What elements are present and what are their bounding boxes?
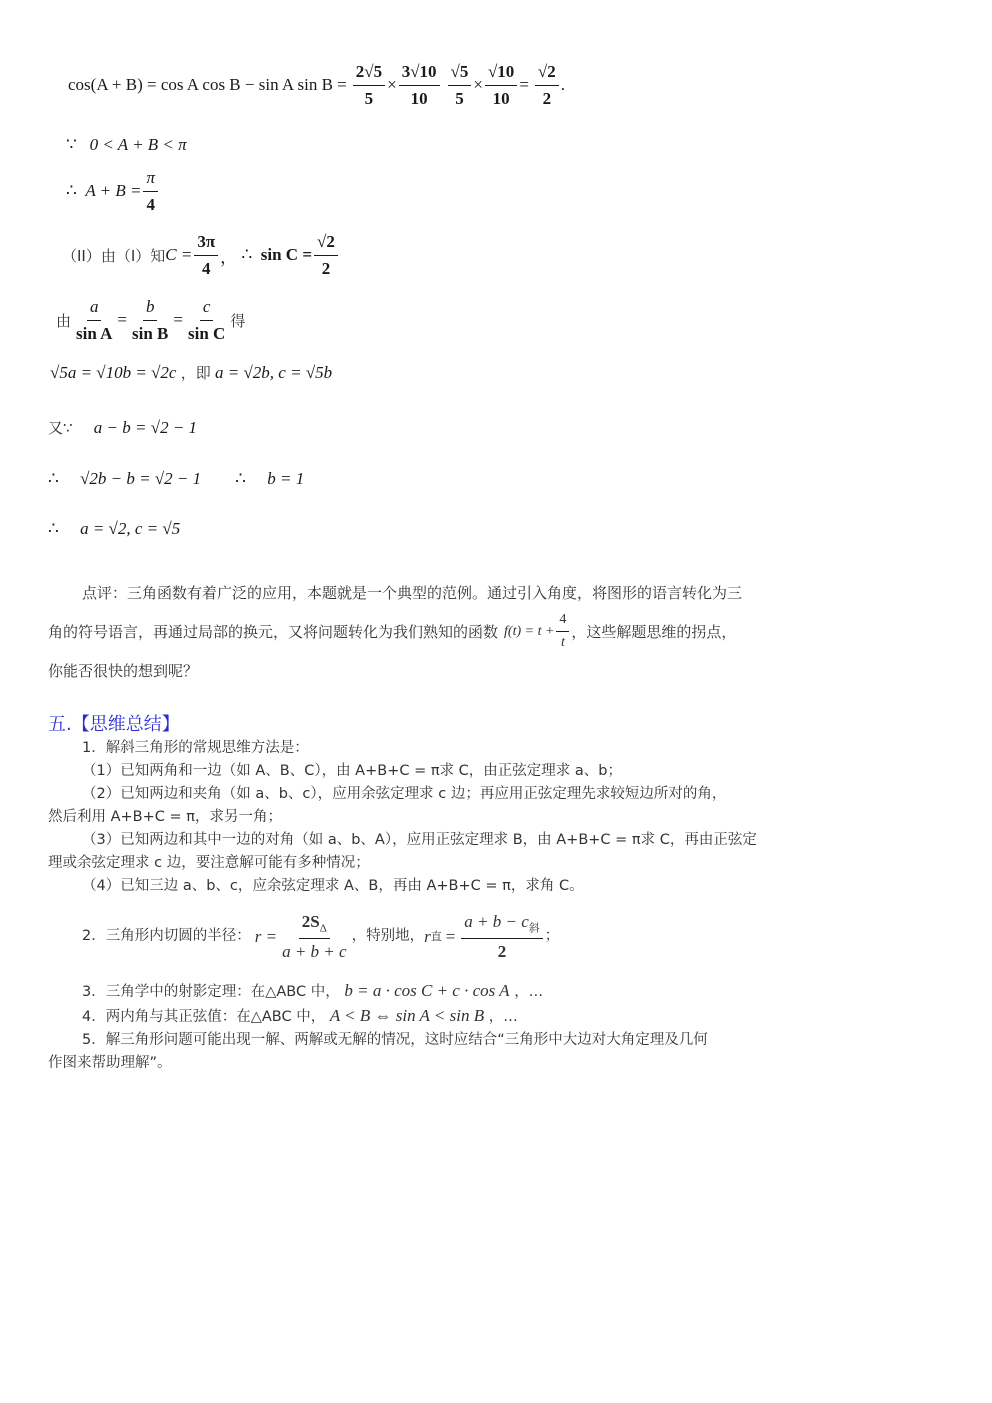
therefore-symbol: ∴ (48, 469, 59, 488)
summary-item-1-2a: （2）已知两边和夹角（如 a、b、c），应用余弦定理求 c 边；再应用正弦定理先… (82, 783, 726, 806)
therefore-symbol: ∴ (48, 519, 59, 538)
fraction-a-over-sinA: asin A (73, 297, 115, 343)
summary-item-1-3a: （3）已知两边和其中一边的对角（如 a、b、A），应用正弦定理求 B，由 A+B… (82, 829, 757, 852)
fraction-2sqrt5-over-5: 2√55 (353, 62, 385, 108)
because-symbol: ∵ (66, 135, 77, 154)
cos-sum-equation: cos(A + B) = cos A cos B − sin A sin B =… (68, 62, 565, 108)
fraction-b-over-sinB: bsin B (129, 297, 171, 343)
range-statement: ∵ 0 < A + B < π (66, 135, 187, 155)
section-heading-summary: 五.【思维总结】 (48, 710, 180, 736)
therefore-symbol: ∴ (235, 469, 246, 488)
solve-a-c: ∴ a = √2, c = √5 (48, 519, 180, 539)
fraction-incircle-radius: 2SΔ a + b + c (279, 912, 350, 962)
summary-item-1-4: （4）已知三边 a、b、c，应余弦定理求 A、B，再由 A+B+C = π，求角… (82, 875, 584, 898)
comment-line-3: 你能否很快的想到呢？ (48, 655, 198, 687)
part-two-angle-c: （II）由（I）知 C = 3π4 ， ∴ sin C = √22 (62, 232, 340, 278)
cos-sum-lhs: cos(A + B) = cos A cos B − sin A sin B = (68, 75, 347, 95)
fraction-sqrt5-over-5: √55 (448, 62, 472, 108)
side-ratio-relation: √5a = √10b = √2c ，即 a = √2b, c = √5b (50, 362, 332, 383)
function-lhs: f(t) = t + (504, 616, 554, 648)
therefore-symbol: ∴ (66, 181, 77, 201)
fraction-right-triangle-radius: a + b − c斜 2 (461, 912, 543, 962)
fraction-sqrt10-over-10: √1010 (485, 62, 517, 108)
sine-law-ratio: 由 asin A = bsin B = csin C 得 (56, 297, 245, 343)
summary-item-5b: 作图来帮助理解”。 (48, 1052, 172, 1075)
given-difference: 又∵ a − b = √2 − 1 (48, 417, 197, 438)
comment-line-1: 点评：三角函数有着广泛的应用，本题就是一个典型的范例。通过引入角度，将图形的语言… (82, 577, 742, 609)
solve-b: ∴ √2b − b = √2 − 1 ∴ b = 1 (48, 469, 304, 489)
summary-item-1: 1．解斜三角形的常规思维方法是： (82, 737, 309, 760)
fraction-4-over-t: 4t (556, 612, 569, 651)
summary-item-1-1: （1）已知两角和一边（如 A、B、C），由 A+B+C = π求 C，由正弦定理… (82, 760, 622, 783)
summary-item-1-3b: 理或余弦定理求 c 边，要注意解可能有多种情况； (48, 852, 370, 875)
therefore-symbol: ∴ (241, 245, 252, 265)
comment-line-2: 角的符号语言，再通过局部的换元，又将问题转化为我们熟知的函数 f(t) = t … (48, 612, 736, 651)
summary-item-3: 3．三角学中的射影定理：在△ABC 中， b = a · cos C + c ·… (82, 979, 543, 1004)
summary-item-5a: 5．解三角形问题可能出现一解、两解或无解的情况，这时应结合“三角形中大边对大角定… (82, 1029, 708, 1052)
summary-item-4: 4．两内角与其正弦值：在△ABC 中， A < B ⇔ sin A < sin … (82, 1004, 518, 1029)
fraction-3pi-over-4: 3π4 (194, 232, 218, 278)
fraction-sqrt2-over-2: √22 (314, 232, 338, 278)
fraction-c-over-sinC: csin C (185, 297, 228, 343)
summary-item-1-2b: 然后利用 A+B+C = π，求另一角； (48, 806, 282, 829)
summary-item-2: 2．三角形内切圆的半径： r = 2SΔ a + b + c ，特别地， r直 … (82, 912, 559, 962)
fraction-3sqrt10-over-10: 3√1010 (399, 62, 440, 108)
fraction-pi-over-4: π4 (143, 168, 158, 214)
fraction-sqrt2-over-2: √22 (535, 62, 559, 108)
a-plus-b-result: ∴ A + B = π4 (66, 168, 160, 214)
